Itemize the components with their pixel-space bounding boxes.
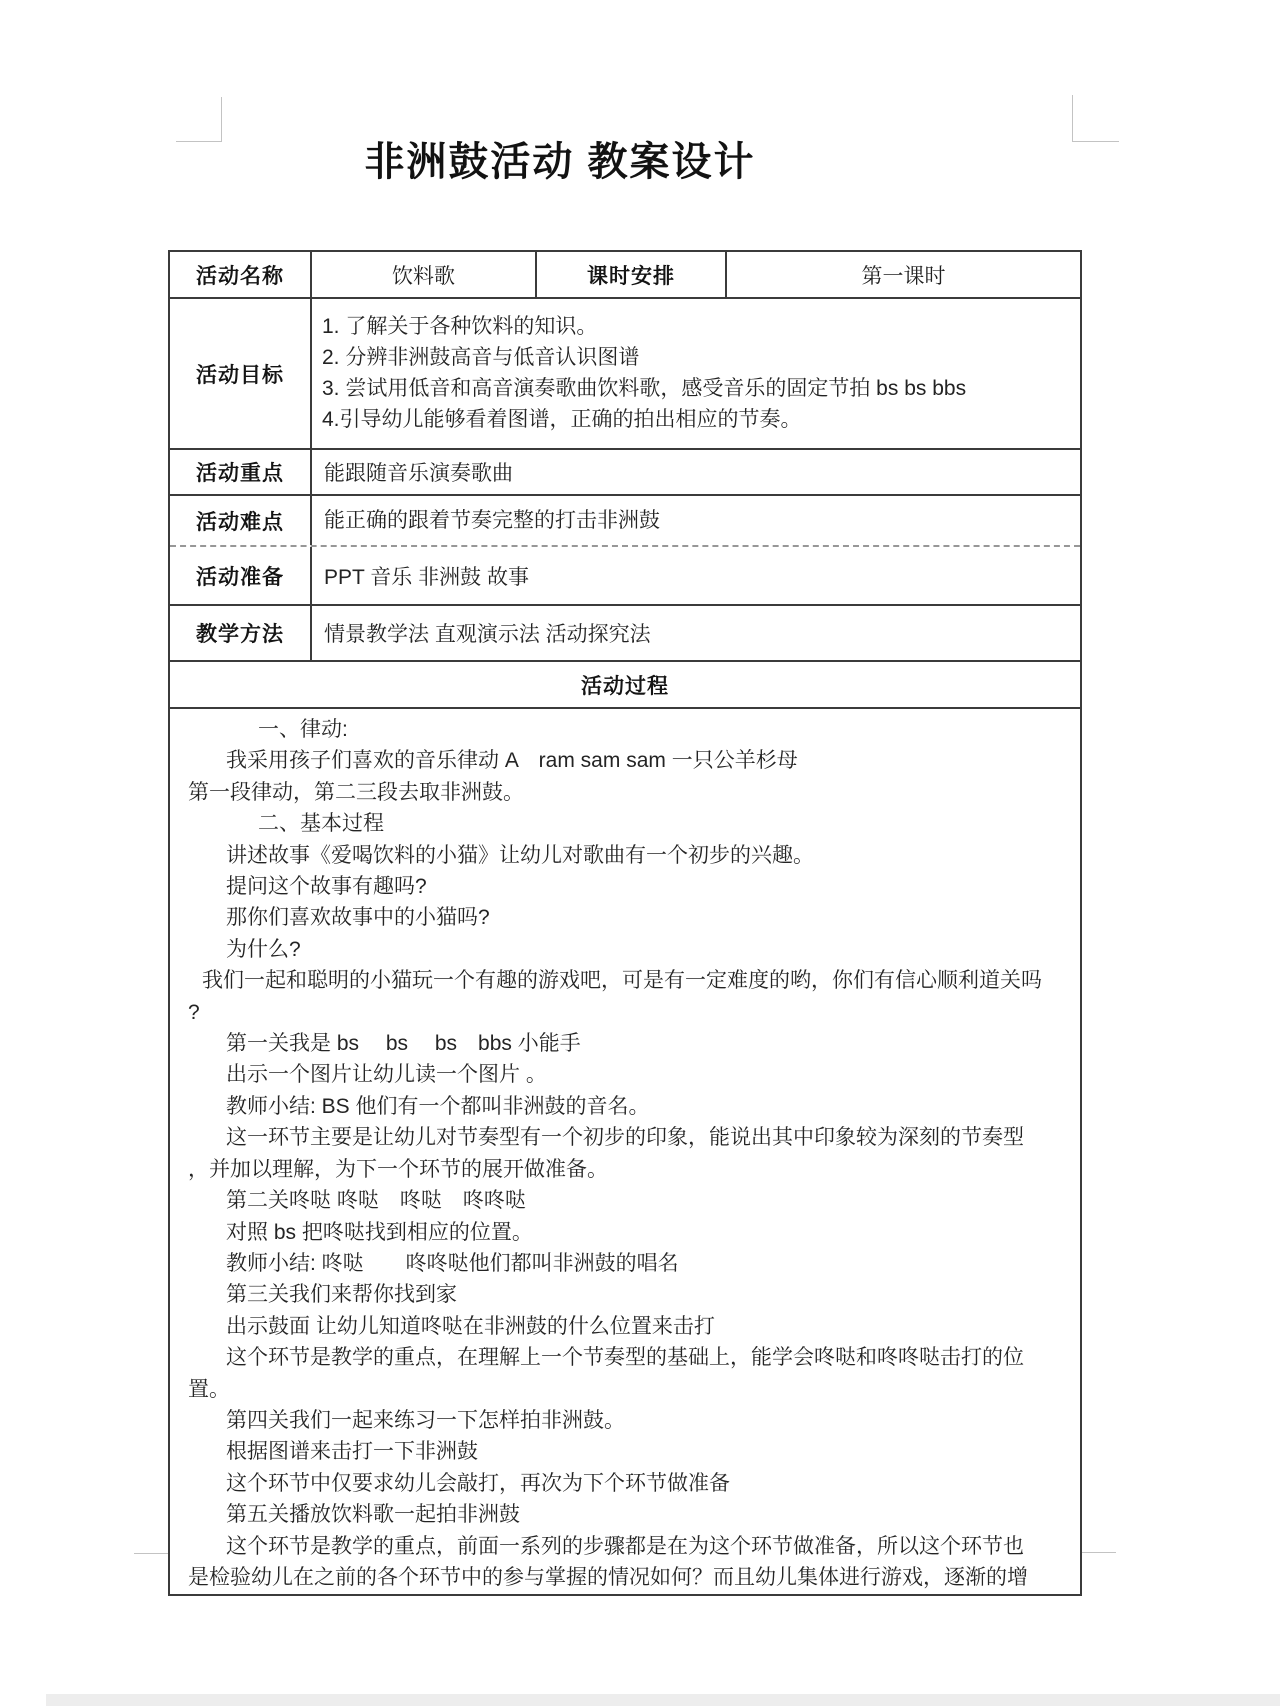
process-line: 第一段律动，第二三段去取非洲鼓。 bbox=[180, 777, 1070, 808]
process-line: 第二关咚哒 咚哒 咚哒 咚咚哒 bbox=[180, 1185, 1070, 1216]
table-row-process-header: 活动过程 bbox=[170, 662, 1080, 709]
process-line: 第四关我们一起来练习一下怎样拍非洲鼓。 bbox=[180, 1405, 1070, 1436]
key-point-value: 能跟随音乐演奏歌曲 bbox=[312, 450, 1080, 494]
process-line: 出示鼓面 让幼儿知道咚哒在非洲鼓的什么位置来击打 bbox=[180, 1311, 1070, 1342]
activity-name-value: 饮料歌 bbox=[312, 252, 537, 297]
process-line: 提问这个故事有趣吗? bbox=[180, 871, 1070, 902]
preparation-label: 活动准备 bbox=[170, 547, 312, 604]
difficulty-value: 能正确的跟着节奏完整的打击非洲鼓 bbox=[312, 496, 1080, 545]
process-header: 活动过程 bbox=[170, 662, 1080, 707]
process-line: 教师小结: 咚哒 咚咚哒他们都叫非洲鼓的唱名 bbox=[180, 1248, 1070, 1279]
process-line: 第一关我是 bs bs bs bbs 小能手 bbox=[180, 1028, 1070, 1059]
table-row-method: 教学方法 情景教学法 直观演示法 活动探究法 bbox=[170, 606, 1080, 662]
table-row-key-point: 活动重点 能跟随音乐演奏歌曲 bbox=[170, 450, 1080, 496]
table-row-goals: 活动目标 1. 了解关于各种饮料的知识。 2. 分辨非洲鼓高音与低音认识图谱 3… bbox=[170, 299, 1080, 450]
process-line: 我采用孩子们喜欢的音乐律动 A ram sam sam 一只公羊杉母 bbox=[180, 745, 1070, 776]
process-line: 第五关播放饮料歌一起拍非洲鼓 bbox=[180, 1499, 1070, 1530]
goal-line: 3. 尝试用低音和高音演奏歌曲饮料歌，感受音乐的固定节拍 bs bs bbs bbox=[322, 373, 1070, 404]
process-line: 对照 bs 把咚哒找到相应的位置。 bbox=[180, 1217, 1070, 1248]
activity-name-label: 活动名称 bbox=[170, 252, 312, 297]
page-title: 非洲鼓活动 教案设计 bbox=[100, 130, 1020, 187]
process-line: 是检验幼儿在之前的各个环节中的参与掌握的情况如何？而且幼儿集体进行游戏，逐渐的增 bbox=[180, 1562, 1070, 1593]
process-line: 这个环节是教学的重点，前面一系列的步骤都是在为这个环节做准备，所以这个环节也 bbox=[180, 1531, 1070, 1562]
difficulty-label: 活动难点 bbox=[170, 496, 312, 545]
process-line: 一、律动: bbox=[180, 714, 1070, 745]
process-line: 我们一起和聪明的小猫玩一个有趣的游戏吧，可是有一定难度的哟，你们有信心顺利道关吗 bbox=[180, 965, 1070, 996]
key-point-label: 活动重点 bbox=[170, 450, 312, 494]
lesson-plan-table: 活动名称 饮料歌 课时安排 第一课时 活动目标 1. 了解关于各种饮料的知识。 … bbox=[168, 250, 1082, 1596]
method-value: 情景教学法 直观演示法 活动探究法 bbox=[312, 606, 1080, 660]
bottom-gray-bar bbox=[46, 1694, 1280, 1706]
schedule-value: 第一课时 bbox=[727, 252, 1080, 297]
preparation-value: PPT 音乐 非洲鼓 故事 bbox=[312, 547, 1080, 604]
process-line: 教师小结: BS 他们有一个都叫非洲鼓的音名。 bbox=[180, 1091, 1070, 1122]
goal-line: 1. 了解关于各种饮料的知识。 bbox=[322, 311, 1070, 342]
goal-line: 2. 分辨非洲鼓高音与低音认识图谱 bbox=[322, 342, 1070, 373]
process-line: 第三关我们来帮你找到家 bbox=[180, 1279, 1070, 1310]
process-line: 这一环节主要是让幼儿对节奏型有一个初步的印象，能说出其中印象较为深刻的节奏型 bbox=[180, 1122, 1070, 1153]
process-line: 那你们喜欢故事中的小猫吗? bbox=[180, 902, 1070, 933]
process-body: 一、律动: 我采用孩子们喜欢的音乐律动 A ram sam sam 一只公羊杉母… bbox=[170, 709, 1080, 1594]
goals-label: 活动目标 bbox=[170, 299, 312, 448]
table-row-process-body: 一、律动: 我采用孩子们喜欢的音乐律动 A ram sam sam 一只公羊杉母… bbox=[170, 709, 1080, 1594]
process-line: 出示一个图片让幼儿读一个图片 。 bbox=[180, 1059, 1070, 1090]
process-line: ，并加以理解，为下一个环节的展开做准备。 bbox=[180, 1154, 1070, 1185]
method-label: 教学方法 bbox=[170, 606, 312, 660]
table-row-difficulty: 活动难点 能正确的跟着节奏完整的打击非洲鼓 bbox=[170, 496, 1080, 547]
process-line: 这个环节中仅要求幼儿会敲打，再次为下个环节做准备 bbox=[180, 1468, 1070, 1499]
page-corner-mark-top-right bbox=[1072, 95, 1119, 142]
process-line: 为什么? bbox=[180, 934, 1070, 965]
process-line: 根据图谱来击打一下非洲鼓 bbox=[180, 1436, 1070, 1467]
schedule-label: 课时安排 bbox=[537, 252, 727, 297]
process-line: 讲述故事《爱喝饮料的小猫》让幼儿对歌曲有一个初步的兴趣。 bbox=[180, 840, 1070, 871]
goal-line: 4.引导幼儿能够看着图谱，正确的拍出相应的节奏。 bbox=[322, 404, 1070, 435]
table-row-preparation: 活动准备 PPT 音乐 非洲鼓 故事 bbox=[170, 547, 1080, 606]
process-line: 置。 bbox=[180, 1374, 1070, 1405]
goals-value: 1. 了解关于各种饮料的知识。 2. 分辨非洲鼓高音与低音认识图谱 3. 尝试用… bbox=[312, 299, 1080, 448]
process-line: ? bbox=[180, 997, 1070, 1028]
process-line: 这个环节是教学的重点，在理解上一个节奏型的基础上，能学会咚哒和咚咚哒击打的位 bbox=[180, 1342, 1070, 1373]
process-line: 二、基本过程 bbox=[180, 808, 1070, 839]
table-row-activity-name: 活动名称 饮料歌 课时安排 第一课时 bbox=[170, 252, 1080, 299]
